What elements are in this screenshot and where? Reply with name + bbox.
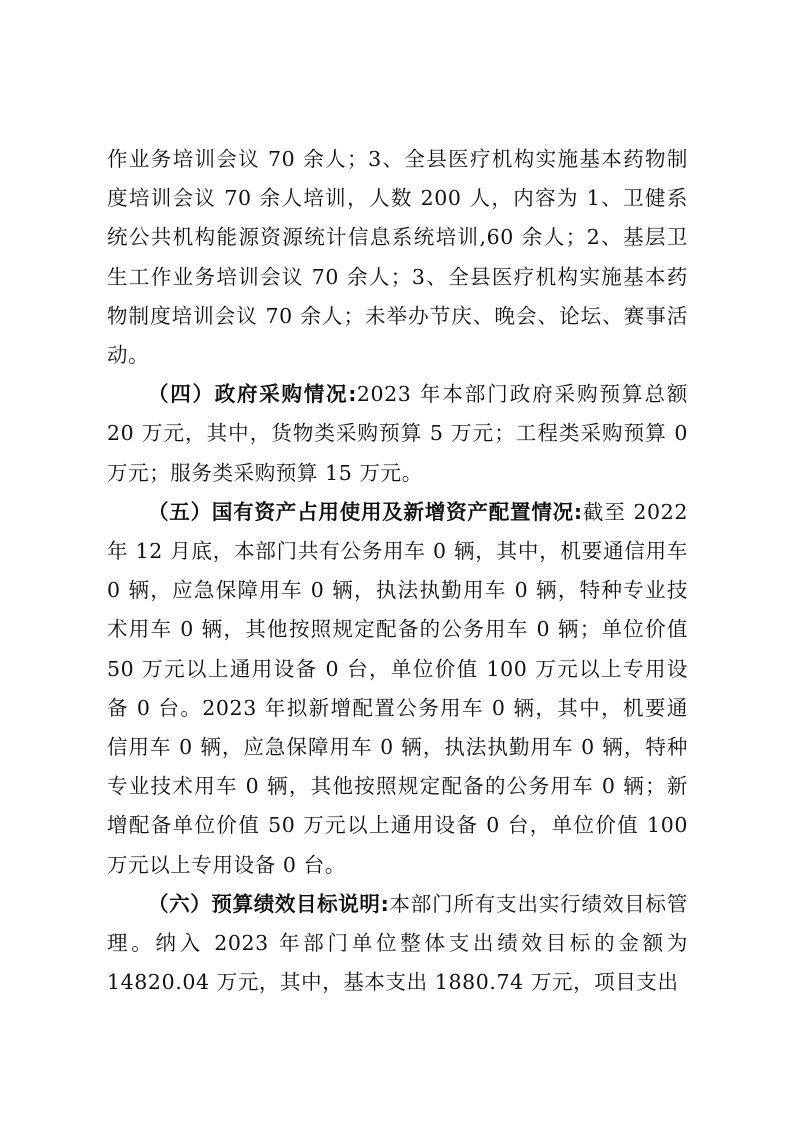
paragraph-training-meetings: 作业务培训会议 70 余人；3、全县医疗机构实施基本药物制度培训会议 70 余人…	[107, 140, 688, 375]
section-heading-assets: （五）国有资产占用使用及新增资产配置情况:	[148, 500, 583, 524]
paragraph-text: 作业务培训会议 70 余人；3、全县医疗机构实施基本药物制度培训会议 70 余人…	[107, 147, 688, 367]
paragraph-government-procurement: （四）政府采购情况:2023 年本部门政府采购预算总额 20 万元，其中，货物类…	[107, 375, 688, 493]
paragraph-performance-goals: （六）预算绩效目标说明:本部门所有支出实行绩效目标管理。纳入 2023 年部门单…	[107, 885, 688, 1003]
section-heading-procurement: （四）政府采购情况:	[148, 382, 357, 406]
paragraph-text: 截至 2022 年 12 月底，本部门共有公务用车 0 辆，其中，机要通信用车 …	[107, 500, 688, 877]
section-heading-performance: （六）预算绩效目标说明:	[148, 892, 389, 916]
document-page: 作业务培训会议 70 余人；3、全县医疗机构实施基本药物制度培训会议 70 余人…	[107, 140, 688, 1002]
paragraph-state-assets: （五）国有资产占用使用及新增资产配置情况:截至 2022 年 12 月底，本部门…	[107, 493, 688, 885]
